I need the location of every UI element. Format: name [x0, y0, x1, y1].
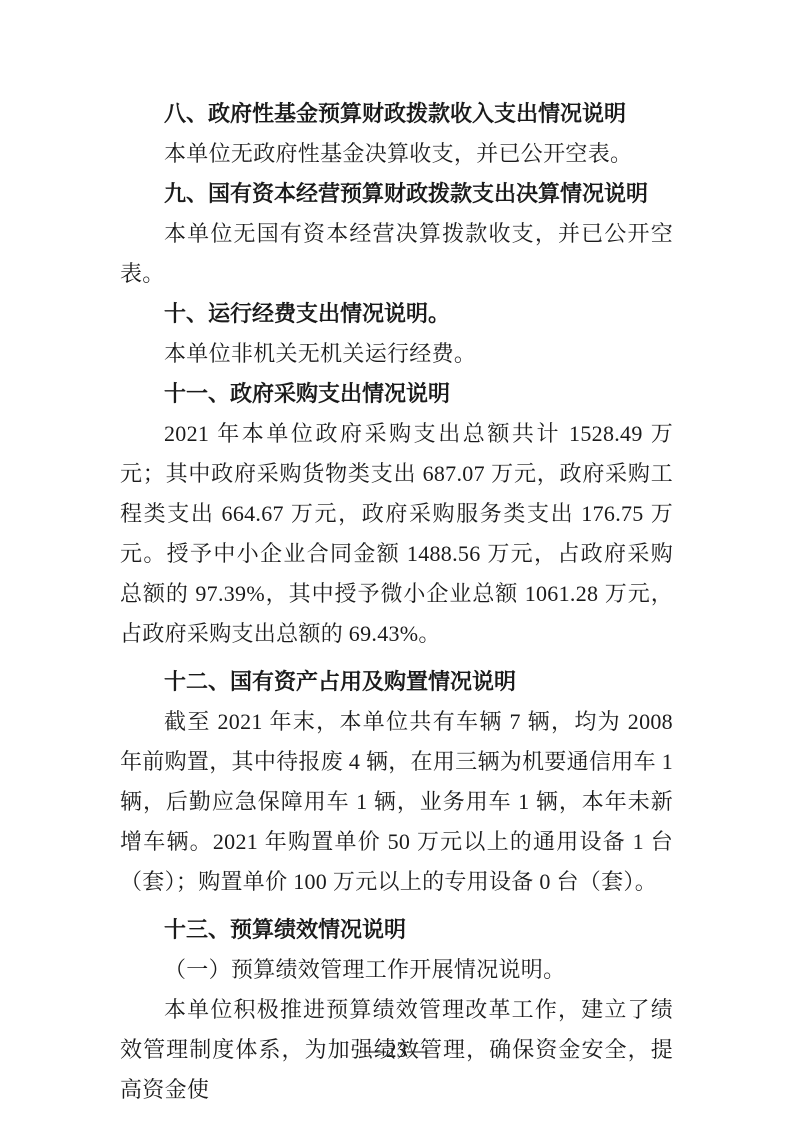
section-heading-12: 十二、国有资产占用及购置情况说明	[120, 662, 673, 702]
section-heading-9: 九、国有资本经营预算财政拨款支出决算情况说明	[120, 174, 673, 214]
document-content: 八、政府性基金预算财政拨款收入支出情况说明 本单位无政府性基金决算收支，并已公开…	[120, 94, 673, 1110]
section-heading-8: 八、政府性基金预算财政拨款收入支出情况说明	[120, 94, 673, 134]
section-10-paragraph: 本单位非机关无机关运行经费。	[120, 334, 673, 374]
page-number: —23—	[0, 1038, 793, 1062]
section-heading-13: 十三、预算绩效情况说明	[120, 910, 673, 950]
section-8-paragraph: 本单位无政府性基金决算收支，并已公开空表。	[120, 134, 673, 174]
document-page: 八、政府性基金预算财政拨款收入支出情况说明 本单位无政府性基金决算收支，并已公开…	[0, 0, 793, 1122]
section-13-subheading: （一）预算绩效管理工作开展情况说明。	[120, 950, 673, 990]
section-heading-11: 十一、政府采购支出情况说明	[120, 374, 673, 414]
section-heading-10: 十、运行经费支出情况说明。	[120, 294, 673, 334]
section-9-paragraph: 本单位无国有资本经营决算拨款收支，并已公开空表。	[120, 214, 673, 294]
section-11-paragraph: 2021 年本单位政府采购支出总额共计 1528.49 万元；其中政府采购货物类…	[120, 414, 673, 654]
section-12-paragraph: 截至 2021 年末，本单位共有车辆 7 辆，均为 2008 年前购置，其中待报…	[120, 702, 673, 902]
